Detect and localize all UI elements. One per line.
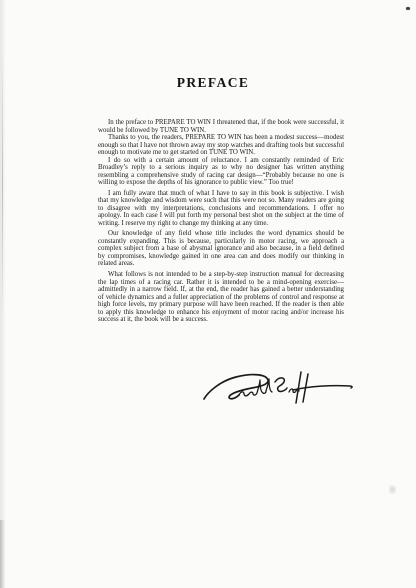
scanned-book-page: PREFACE In the preface to PREPARE TO WIN… — [0, 0, 416, 588]
paragraph-1: In the preface to PREPARE TO WIN I threa… — [98, 119, 344, 134]
scan-speck — [406, 7, 410, 10]
paragraph-3: I do so with a certain amount of relucta… — [98, 157, 344, 187]
scan-faint-mark — [389, 485, 396, 494]
scan-edge-shading — [0, 0, 6, 588]
scan-edge-line — [2, 50, 3, 320]
paragraph-2: Thanks to you, the readers, PREPARE TO W… — [98, 134, 344, 157]
scan-smudge — [0, 520, 5, 588]
page-title: PREFACE — [177, 75, 250, 91]
paragraph-6: What follows is not intended to be a ste… — [98, 271, 344, 324]
preface-body: In the preface to PREPARE TO WIN I threa… — [98, 119, 344, 324]
carroll-smith-signature — [200, 368, 360, 413]
paragraph-5: Our knowledge of any field whose title i… — [98, 230, 344, 268]
paragraph-4: I am fully aware that much of what I hav… — [98, 190, 344, 228]
signature-icon — [200, 368, 360, 413]
